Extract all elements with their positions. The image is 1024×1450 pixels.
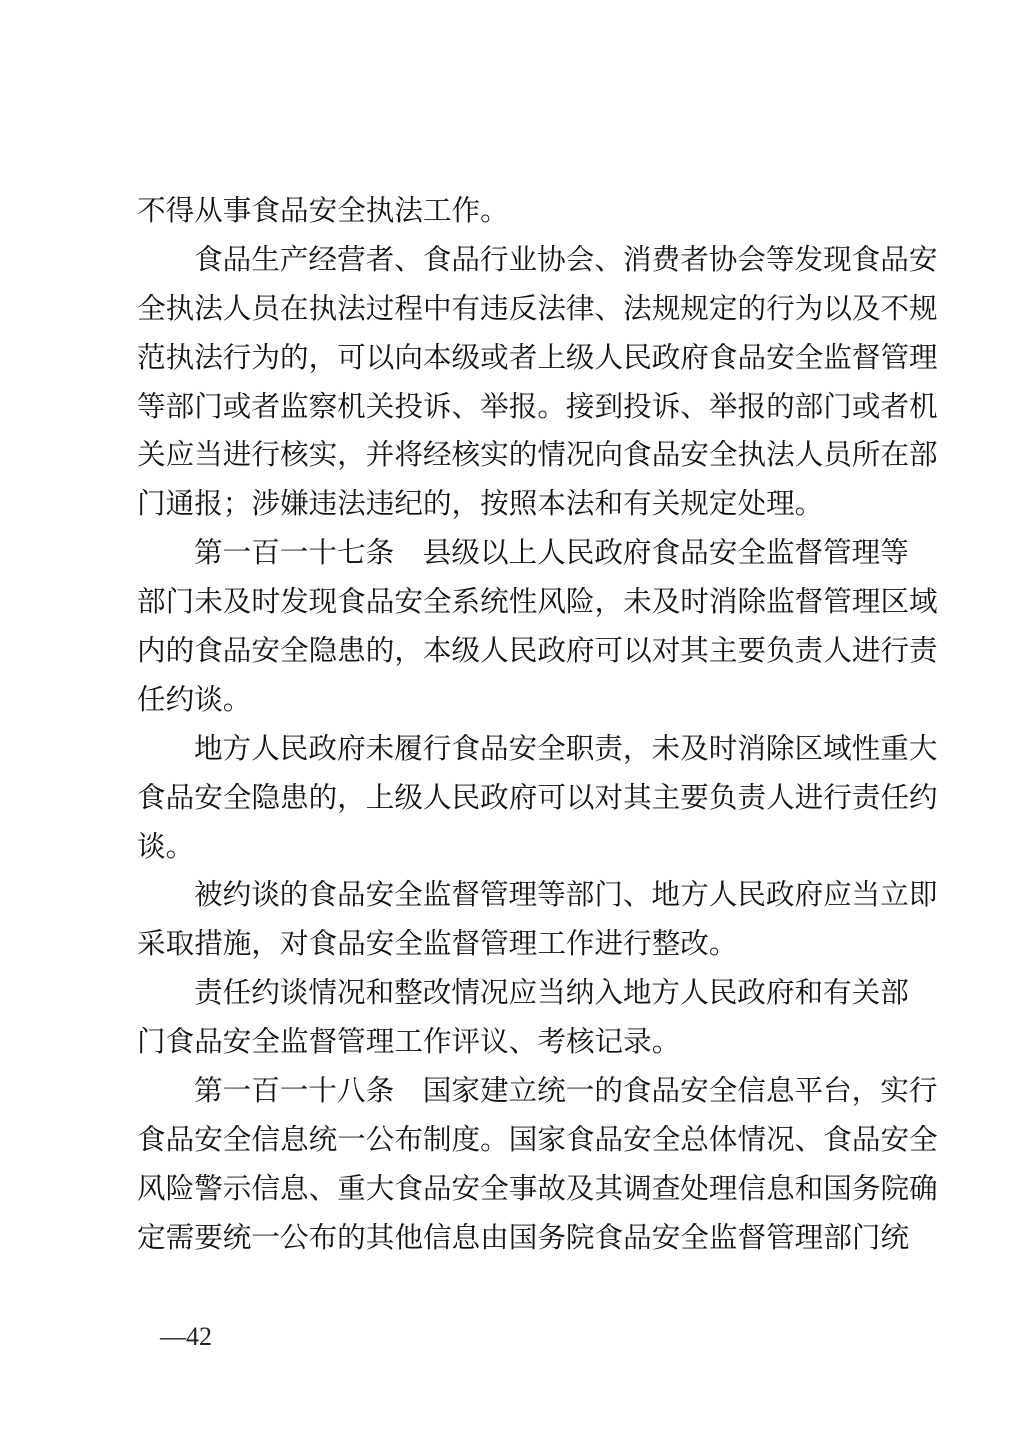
text-line: 全执法人员在执法过程中有违反法律、法规规定的行为以及不规 — [137, 284, 903, 333]
text-line: 等部门或者监察机关投诉、举报。接到投诉、举报的部门或者机 — [137, 382, 903, 431]
text-line: 不得从事食品安全执法工作。 — [137, 186, 903, 235]
text-line: 关应当进行核实，并将经核实的情况向食品安全执法人员所在部 — [137, 430, 903, 479]
text-line: 食品安全隐患的，上级人民政府可以对其主要负责人进行责任约 — [137, 773, 903, 822]
text-line: 门通报；涉嫌违法违纪的，按照本法和有关规定处理。 — [137, 479, 903, 528]
paragraph-start-line: 被约谈的食品安全监督管理等部门、地方人民政府应当立即 — [137, 870, 903, 919]
paragraph-start-line: 责任约谈情况和整改情况应当纳入地方人民政府和有关部 — [137, 968, 903, 1017]
text-line: 食品安全信息统一公布制度。国家食品安全总体情况、食品安全 — [137, 1115, 903, 1164]
text-line: 谈。 — [137, 822, 903, 871]
paragraph-start-line: 地方人民政府未履行食品安全职责，未及时消除区域性重大 — [137, 724, 903, 773]
body-text: 不得从事食品安全执法工作。 食品生产经营者、食品行业协会、消费者协会等发现食品安… — [137, 186, 903, 1262]
page-number: —42 — [160, 1322, 212, 1352]
text-line: 定需要统一公布的其他信息由国务院食品安全监督管理部门统 — [137, 1213, 903, 1262]
article-118-heading-line: 第一百一十八条 国家建立统一的食品安全信息平台，实行 — [137, 1066, 903, 1115]
text-line: 门食品安全监督管理工作评议、考核记录。 — [137, 1017, 903, 1066]
text-line: 风险警示信息、重大食品安全事故及其调查处理信息和国务院确 — [137, 1164, 903, 1213]
text-line: 部门未及时发现食品安全系统性风险，未及时消除监督管理区域 — [137, 577, 903, 626]
text-line: 范执法行为的，可以向本级或者上级人民政府食品安全监督管理 — [137, 333, 903, 382]
text-line: 内的食品安全隐患的，本级人民政府可以对其主要负责人进行责 — [137, 626, 903, 675]
paragraph-start-line: 食品生产经营者、食品行业协会、消费者协会等发现食品安 — [137, 235, 903, 284]
text-line: 任约谈。 — [137, 675, 903, 724]
document-page: 不得从事食品安全执法工作。 食品生产经营者、食品行业协会、消费者协会等发现食品安… — [0, 0, 1024, 1450]
text-line: 采取措施，对食品安全监督管理工作进行整改。 — [137, 919, 903, 968]
article-117-heading-line: 第一百一十七条 县级以上人民政府食品安全监督管理等 — [137, 528, 903, 577]
